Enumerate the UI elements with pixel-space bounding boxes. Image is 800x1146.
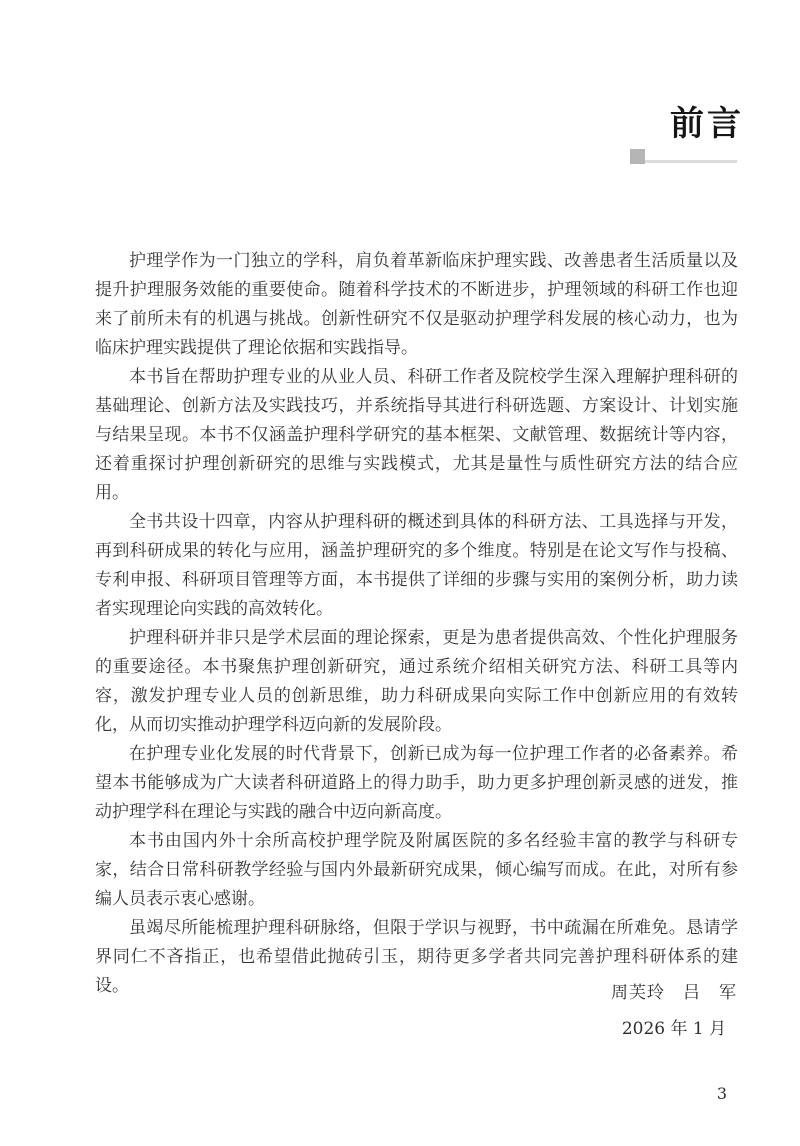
signature-date: 2026 年 1 月: [611, 1015, 737, 1044]
preface-paragraph-5: 在护理专业化发展的时代背景下，创新已成为每一位护理工作者的必备素养。希望本书能够…: [95, 740, 738, 827]
decoration-square: [630, 149, 645, 164]
preface-paragraph-3: 全书共设十四章，内容从护理科研的概述到具体的科研方法、工具选择与开发，再到科研成…: [95, 508, 738, 624]
signature-block: 周芙玲 吕 军 2026 年 1 月: [611, 979, 737, 1044]
preface-body: 护理学作为一门独立的学科，肩负着革新临床护理实践、改善患者生活质量以及提升护理服…: [95, 247, 738, 1001]
preface-paragraph-2: 本书旨在帮助护理专业的从业人员、科研工作者及院校学生深入理解护理科研的基础理论、…: [95, 363, 738, 508]
title-underline-decoration: [630, 149, 737, 164]
preface-paragraph-1: 护理学作为一门独立的学科，肩负着革新临床护理实践、改善患者生活质量以及提升护理服…: [95, 247, 738, 363]
page-number: 3: [710, 1083, 734, 1105]
preface-paragraph-6: 本书由国内外十余所高校护理学院及附属医院的多名经验丰富的教学与科研专家，结合日常…: [95, 827, 738, 914]
signature-authors: 周芙玲 吕 军: [611, 979, 737, 1008]
decoration-line: [645, 160, 737, 163]
preface-page: 前言 护理学作为一门独立的学科，肩负着革新临床护理实践、改善患者生活质量以及提升…: [0, 0, 800, 1146]
preface-paragraph-4: 护理科研并非只是学术层面的理论探索，更是为患者提供高效、个性化护理服务的重要途径…: [95, 624, 738, 740]
page-title: 前言: [670, 104, 744, 145]
